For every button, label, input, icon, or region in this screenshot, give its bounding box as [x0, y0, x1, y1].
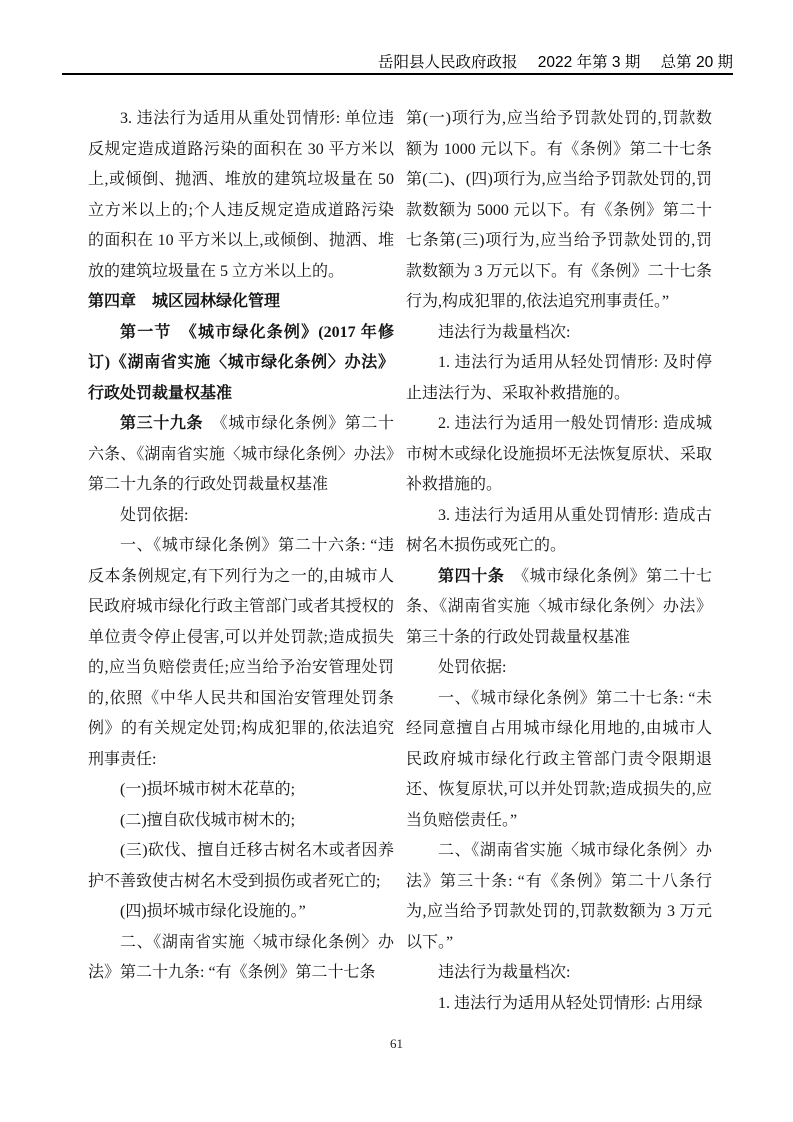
header-running-title: 岳阳县人民政府政报 2022 年第 3 期 总第 20 期: [62, 50, 733, 72]
para-continuation-fines: 第(一)项行为,应当给予罚款处罚的,罚款数额为 1000 元以下。有《条例》第二…: [406, 104, 712, 318]
header-rule: [62, 73, 733, 75]
tier-aggravated-39: 3. 违法行为适用从重处罚情形: 造成古树名木损伤或死亡的。: [406, 501, 712, 562]
chapter-heading: 第四章 城区园林绿化管理: [88, 287, 394, 318]
issue-label: 2022 年第 3 期: [538, 54, 641, 71]
section-heading: 第一节 《城市绿化条例》(2017 年修订)《湖南省实施〈城市绿化条例〉办法》行…: [88, 318, 394, 410]
tier-lenient-39: 1. 违法行为适用从轻处罚情形: 及时停止违法行为、采取补救措施的。: [406, 348, 712, 409]
tier-lenient-40: 1. 违法行为适用从轻处罚情形: 占用绿: [406, 989, 712, 1020]
article-39-number: 第三十九条: [120, 415, 220, 432]
article-40-number: 第四十条: [438, 568, 521, 585]
penalty-basis-label: 处罚依据:: [406, 653, 712, 684]
sub-item-3: (三)砍伐、擅自迁移古树名木或者因养护不善致使古树名木受到损伤或者死亡的;: [88, 836, 394, 897]
gazette-page: 岳阳县人民政府政报 2022 年第 3 期 总第 20 期 3. 违法行为适用从…: [0, 0, 793, 1122]
para-hunan-measures-article-30: 二、《湖南省实施〈城市绿化条例〉办法》第三十条: “有《条例》第二十八条行为,应…: [406, 836, 712, 958]
section-number: 第一节: [120, 324, 189, 341]
penalty-basis-label: 处罚依据:: [88, 501, 394, 532]
sub-item-1: (一)损坏城市树木花草的;: [88, 775, 394, 806]
para-regulation-article-26: 一、《城市绿化条例》第二十六条: “违反本条例规定,有下列行为之一的,由城市人民…: [88, 531, 394, 775]
article-40-heading: 第四十条 《城市绿化条例》第二十七条、《湖南省实施〈城市绿化条例〉办法》第三十条…: [406, 562, 712, 654]
para-regulation-article-27: 一、《城市绿化条例》第二十七条: “未经同意擅自占用城市绿化用地的,由城市人民政…: [406, 684, 712, 837]
tier-label-article-40: 违法行为裁量档次:: [406, 958, 712, 989]
document-body: 3. 违法行为适用从重处罚情形: 单位违反规定造成道路污染的面积在 30 平方米…: [88, 104, 712, 1019]
page-number: 61: [0, 1036, 793, 1052]
article-39-heading: 第三十九条 《城市绿化条例》第二十六条、《湖南省实施〈城市绿化条例〉办法》第二十…: [88, 409, 394, 501]
sub-item-4: (四)损坏城市绿化设施的。”: [88, 897, 394, 928]
sub-item-2: (二)擅自砍伐城市树木的;: [88, 806, 394, 837]
gazette-title: 岳阳县人民政府政报: [378, 54, 518, 71]
tier-general-39: 2. 违法行为适用一般处罚情形: 造成城市树木或绿化设施损坏无法恢复原状、采取补…: [406, 409, 712, 501]
right-column: 第(一)项行为,应当给予罚款处罚的,罚款数额为 1000 元以下。有《条例》第二…: [406, 104, 712, 1019]
left-column: 3. 违法行为适用从重处罚情形: 单位违反规定造成道路污染的面积在 30 平方米…: [88, 104, 394, 1019]
para-aggravated-penalty: 3. 违法行为适用从重处罚情形: 单位违反规定造成道路污染的面积在 30 平方米…: [88, 104, 394, 287]
volume-label: 总第 20 期: [661, 54, 733, 71]
tier-label-article-39: 违法行为裁量档次:: [406, 318, 712, 349]
para-hunan-measures-article-29: 二、《湖南省实施〈城市绿化条例〉办法》第二十九条: “有《条例》第二十七条: [88, 928, 394, 989]
